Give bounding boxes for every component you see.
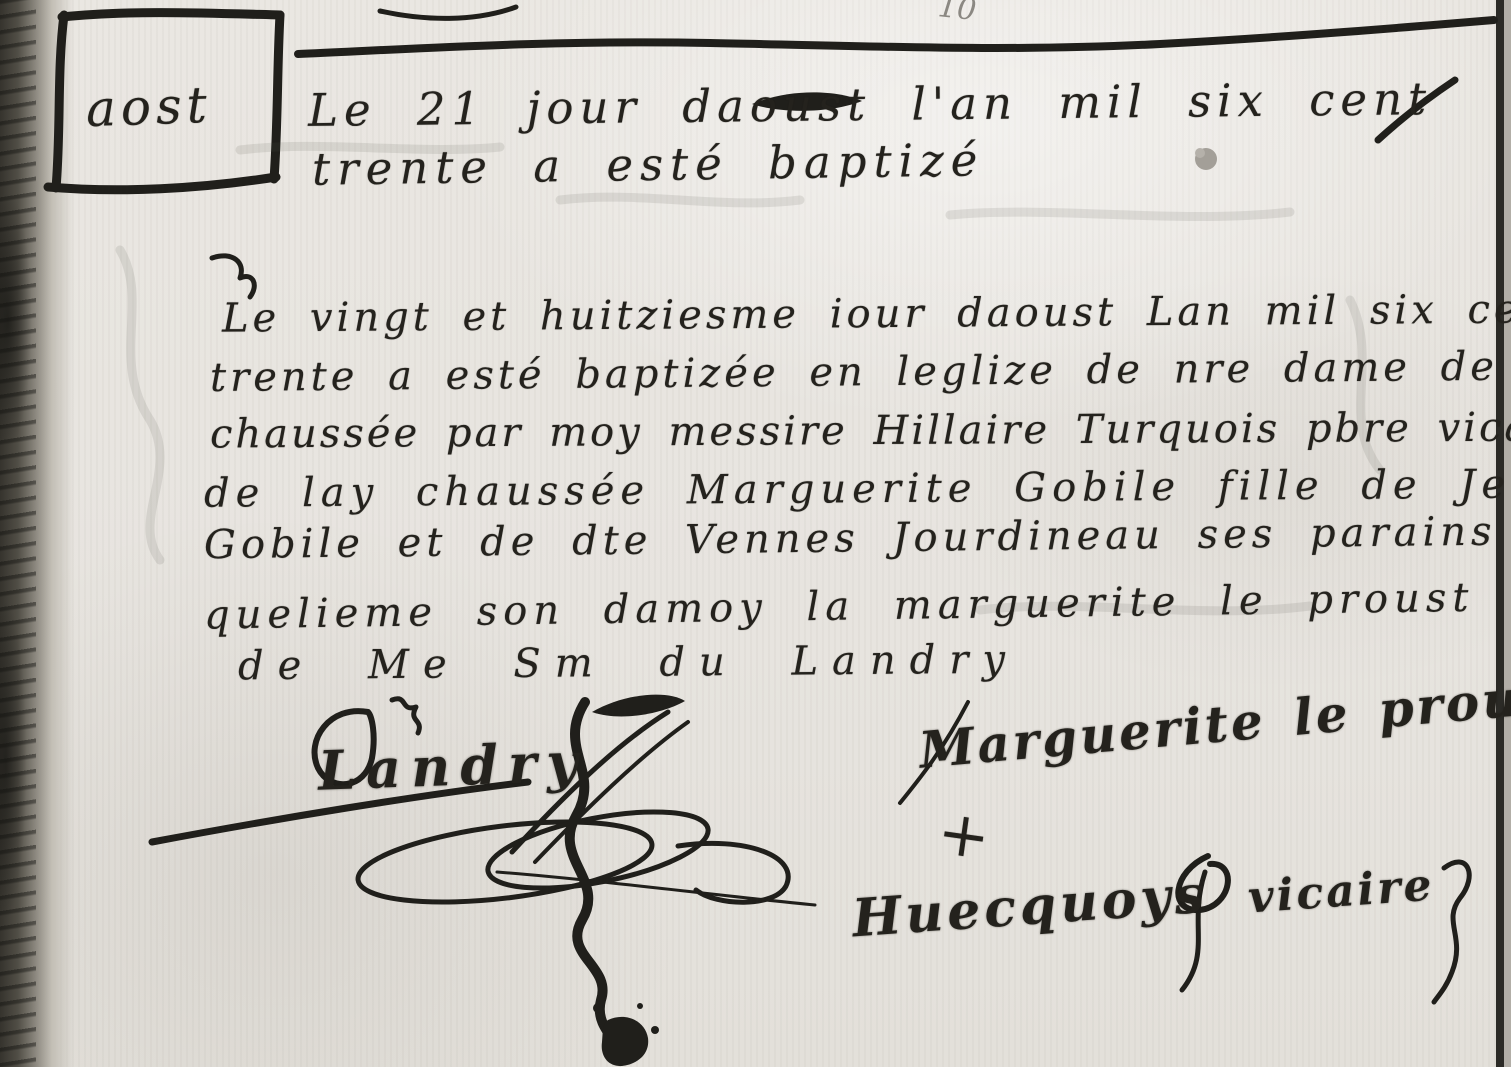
entry-line: de lay chaussée Marguerite Gobile fille … (204, 461, 1511, 517)
entry-line: de Me Sm du Landry (238, 637, 1019, 690)
entry-initial-flourish (212, 256, 254, 297)
book-binding-edge (0, 0, 74, 1067)
entry-line: Le vingt et huitziesme iour daoust Lan m… (222, 286, 1511, 341)
month-box-label: aost (85, 76, 213, 138)
entry-line: trente a esté baptizée en leglize de nre… (210, 343, 1511, 401)
signature-witness-title: vicaire (1246, 860, 1436, 924)
page-number: 10 (936, 0, 978, 28)
entry-line: chaussée par moy messire Hillaire Turquo… (210, 404, 1511, 457)
entry-line: quelieme son damoy la marguerite le prou… (204, 573, 1511, 638)
signature-witness-name: Huecquoys (850, 864, 1209, 950)
top-ruled-line (298, 20, 1494, 54)
signature-landry: Landry (317, 729, 589, 802)
previous-entry-remnant-stroke (380, 7, 516, 18)
manuscript-page: aost 10 Le 21 jour daoust l'an mil six c… (0, 0, 1511, 1067)
witness-cross-mark: + (933, 795, 995, 875)
witness-trailing-flourish (1434, 862, 1469, 1002)
entry-line: Gobile et de dte Vennes Jourdineau ses p… (204, 508, 1511, 568)
heading-line-2: trente a esté baptizé (312, 133, 985, 195)
heading-line-1: Le 21 jour daoust l'an mil six cent (308, 72, 1433, 137)
paper-spot (1195, 148, 1217, 170)
ink-blot (593, 1003, 659, 1066)
